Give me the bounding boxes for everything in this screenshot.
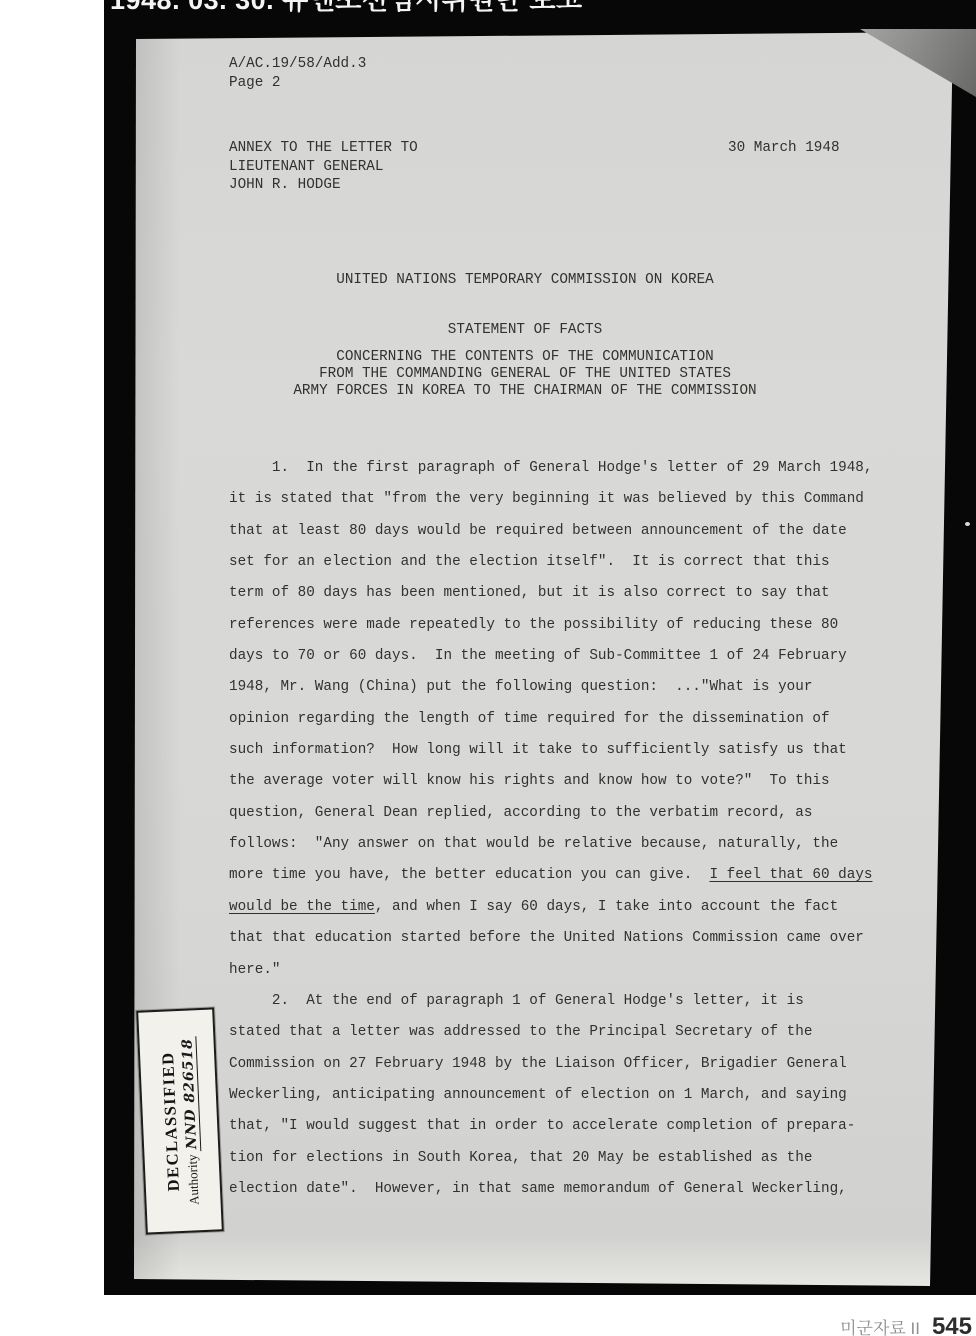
text-line: Page 2	[229, 74, 366, 93]
typewritten-line: 1. In the first paragraph of General Hod…	[229, 453, 872, 484]
typewritten-line: election date". However, in that same me…	[229, 1174, 872, 1205]
typewritten-line: set for an election and the election its…	[229, 547, 872, 578]
page-caption: 미군자료 II545	[0, 1313, 972, 1336]
text-line: ARMY FORCES IN KOREA TO THE CHAIRMAN OF …	[229, 383, 821, 400]
typewritten-line: more time you have, the better education…	[229, 860, 872, 891]
typewritten-line: here."	[229, 955, 872, 986]
caption-collection-label: 미군자료 II	[840, 1319, 920, 1336]
typewritten-line: opinion regarding the length of time req…	[229, 704, 872, 735]
text-line: ANNEX TO THE LETTER TO	[229, 139, 418, 158]
authority-label: Authority	[184, 1154, 201, 1205]
archive-viewer-page: { "viewer": { "title": "1948. 03. 30. 유엔…	[0, 0, 976, 1336]
typewritten-line: would be the time, and when I say 60 day…	[229, 892, 872, 923]
document-subtitle: STATEMENT OF FACTS	[229, 322, 821, 338]
scan-artifact-speck	[965, 522, 970, 526]
typewritten-line: such information? How long will it take …	[229, 735, 872, 766]
typewritten-line: stated that a letter was addressed to th…	[229, 1017, 872, 1048]
typewritten-line: that, "I would suggest that in order to …	[229, 1111, 872, 1142]
caption-page-number: 545	[932, 1313, 972, 1336]
authority-number: NND 826518	[179, 1036, 201, 1152]
text-line: JOHN R. HODGE	[229, 176, 418, 195]
addressee-block: ANNEX TO THE LETTER TOLIEUTENANT GENERAL…	[229, 139, 418, 195]
typewritten-line: term of 80 days has been mentioned, but …	[229, 578, 872, 609]
typewritten-line: 2. At the end of paragraph 1 of General …	[229, 986, 872, 1017]
document-page: A/AC.19/58/Add.3Page 2 ANNEX TO THE LETT…	[134, 32, 956, 1286]
korean-heading-title: 1948. 03. 30. 유엔조선임시위원단 보고	[110, 0, 583, 14]
text-line: FROM THE COMMANDING GENERAL OF THE UNITE…	[229, 366, 821, 383]
typewritten-line: days to 70 or 60 days. In the meeting of…	[229, 641, 872, 672]
typewritten-line: that that education started before the U…	[229, 923, 872, 954]
document-subject: CONCERNING THE CONTENTS OF THE COMMUNICA…	[229, 349, 821, 399]
declassified-stamp: DECLASSIFIED Authority NND 826518	[140, 1008, 220, 1234]
typewritten-line: references were made repeatedly to the p…	[229, 610, 872, 641]
text-line: A/AC.19/58/Add.3	[229, 55, 366, 74]
document-scan-image: 1948. 03. 30. 유엔조선임시위원단 보고 A/AC.19/58/Ad…	[104, 0, 976, 1295]
document-title: UNITED NATIONS TEMPORARY COMMISSION ON K…	[229, 272, 821, 288]
body-text: 1. In the first paragraph of General Hod…	[229, 453, 872, 1205]
declassified-stamp-box: DECLASSIFIED Authority NND 826518	[136, 1007, 224, 1234]
text-line: LIEUTENANT GENERAL	[229, 158, 418, 177]
typewritten-line: question, General Dean replied, accordin…	[229, 798, 872, 829]
document-reference: A/AC.19/58/Add.3Page 2	[229, 55, 366, 92]
typewritten-line: tion for elections in South Korea, that …	[229, 1143, 872, 1174]
document-date: 30 March 1948	[728, 139, 840, 158]
typewritten-line: follows: "Any answer on that would be re…	[229, 829, 872, 860]
typewritten-line: Commission on 27 February 1948 by the Li…	[229, 1049, 872, 1080]
typewritten-line: 1948, Mr. Wang (China) put the following…	[229, 672, 872, 703]
typewritten-line: that at least 80 days would be required …	[229, 516, 872, 547]
typewritten-line: Weckerling, anticipating announcement of…	[229, 1080, 872, 1111]
text-line: CONCERNING THE CONTENTS OF THE COMMUNICA…	[229, 349, 821, 366]
typewritten-line: it is stated that "from the very beginni…	[229, 484, 872, 515]
typewritten-line: the average voter will know his rights a…	[229, 766, 872, 797]
